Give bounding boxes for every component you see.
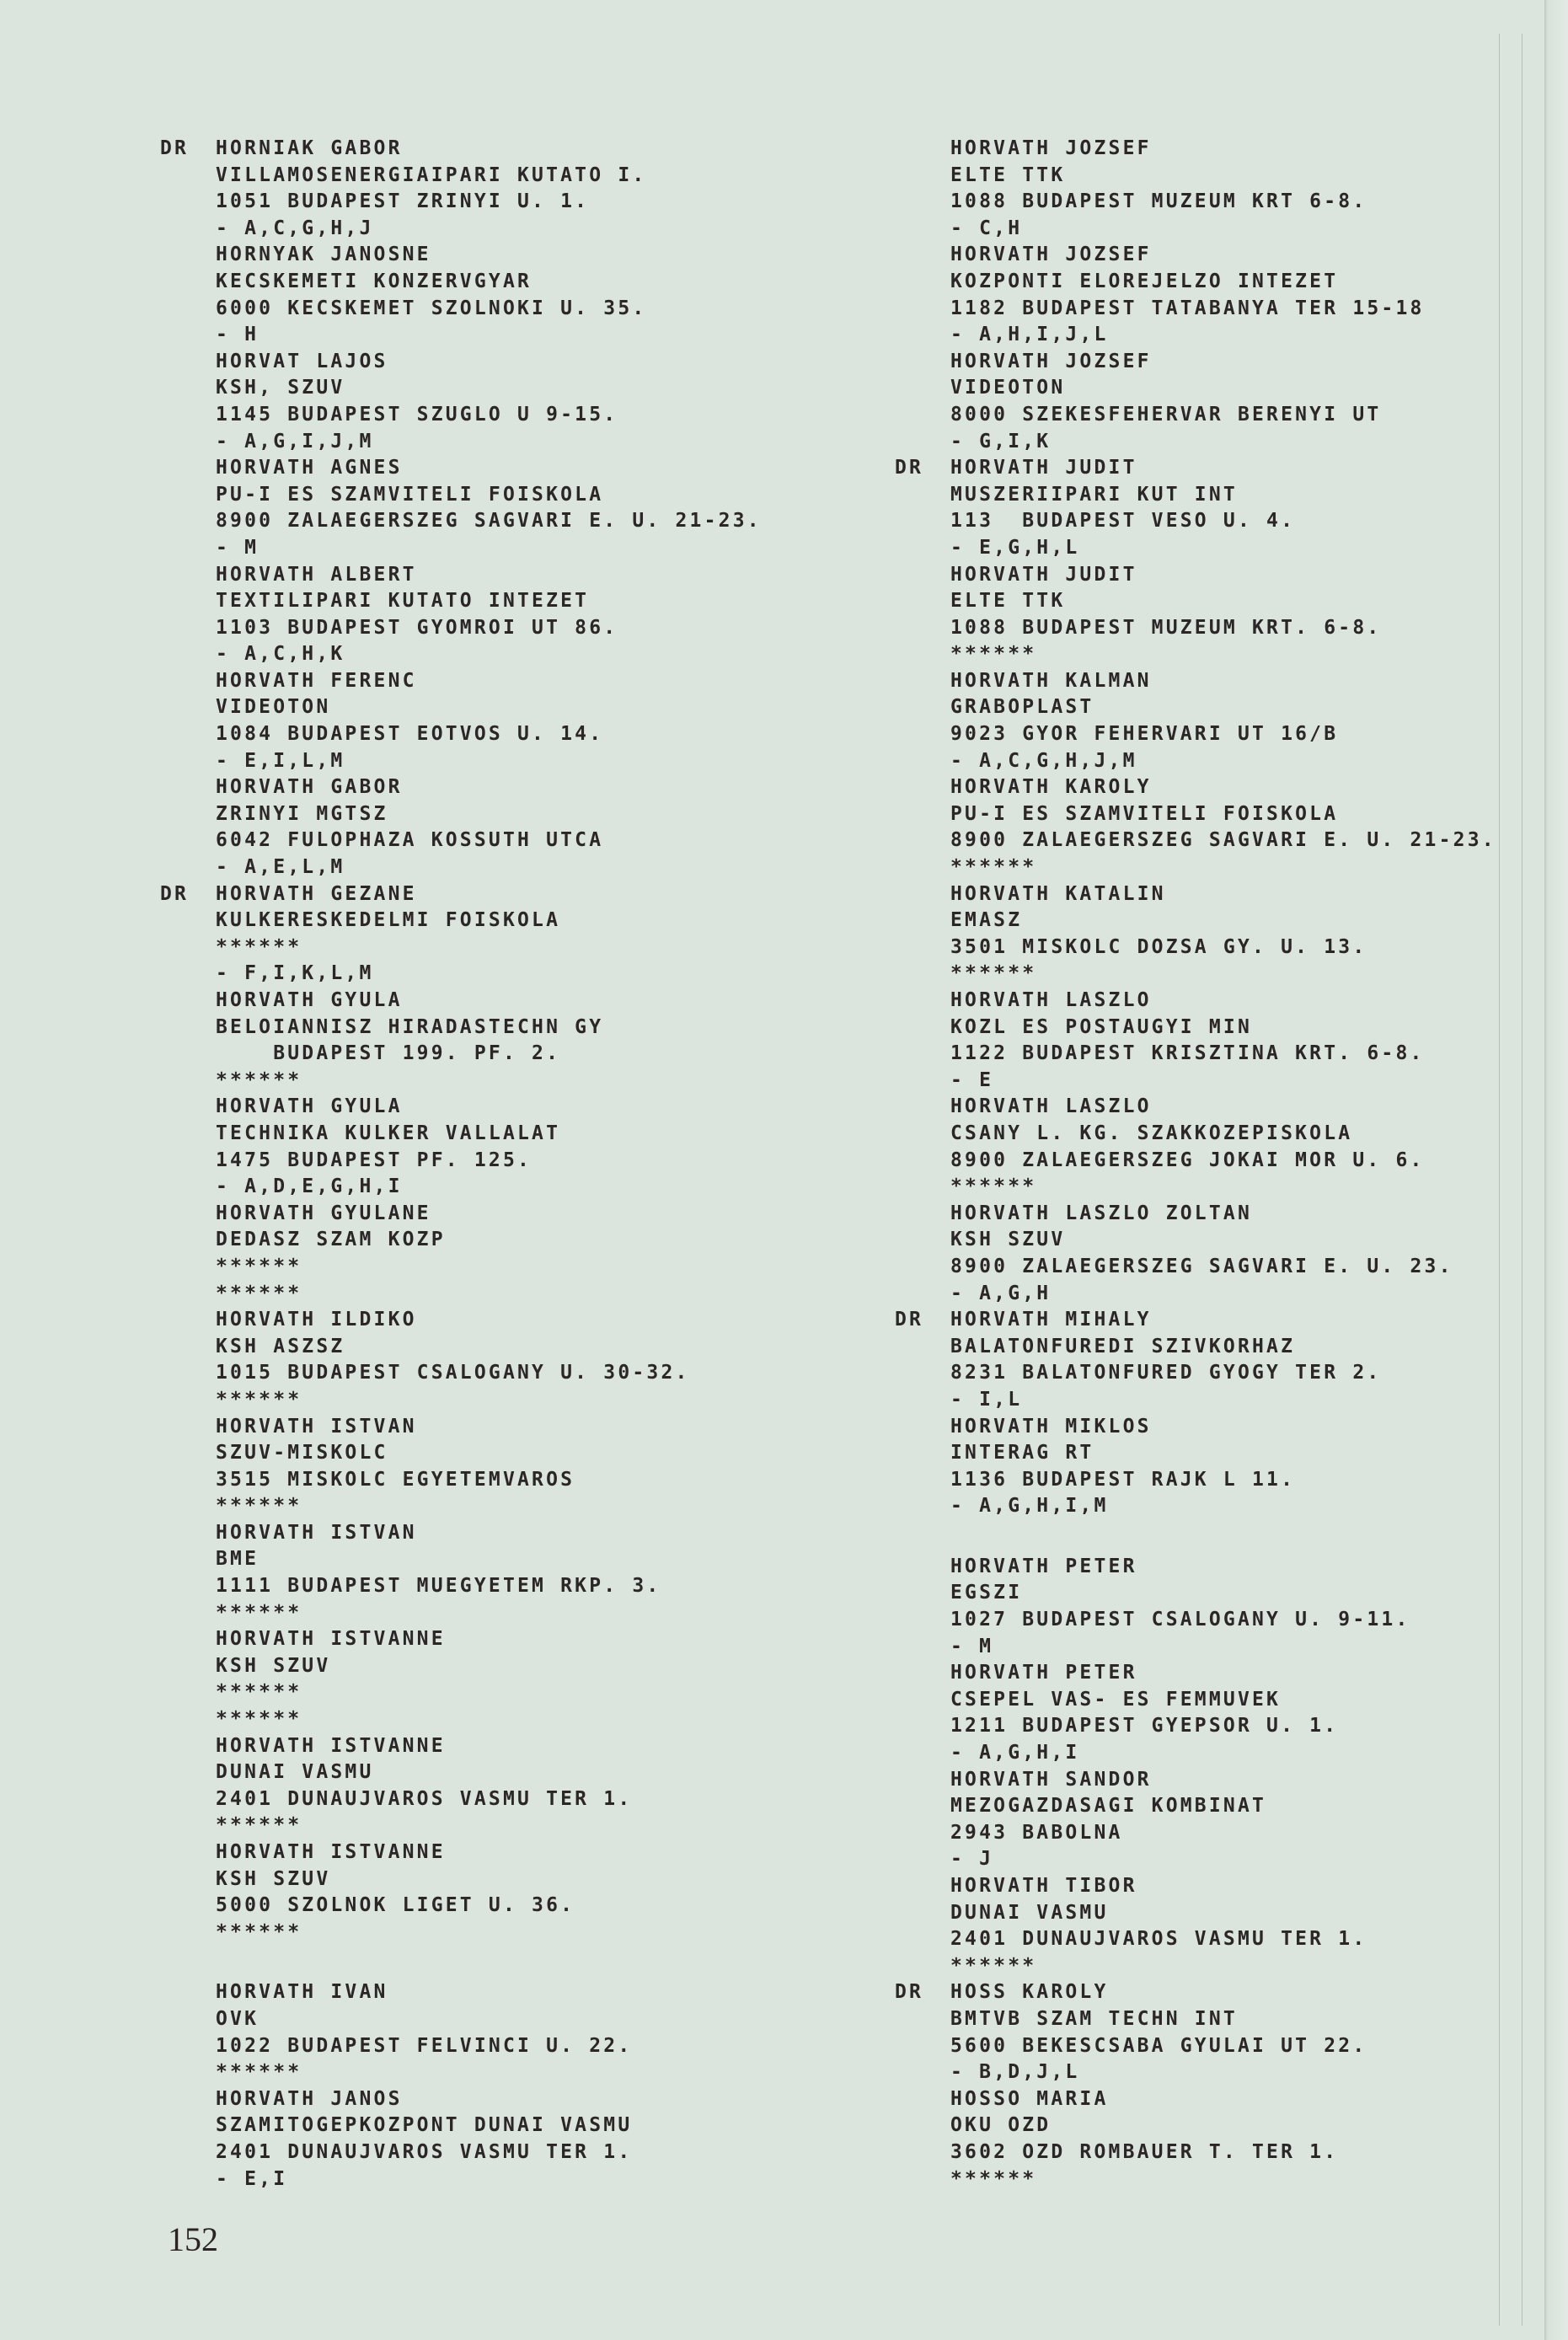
organization: KOZPONTI ELOREJELZO INTEZET — [895, 269, 1496, 296]
separator-stars: ****** — [160, 1068, 762, 1095]
entry-name-line: HORVATH IVAN — [160, 1979, 762, 2006]
directory-entry: HORVATH SANDORMEZOGAZDASAGI KOMBINAT2943… — [895, 1767, 1496, 1873]
spacer — [895, 1520, 1496, 1554]
organization: KSH SZUV — [895, 1227, 1496, 1254]
directory-entry: HORVATH JOZSEFKOZPONTI ELOREJELZO INTEZE… — [895, 242, 1496, 348]
organization: VIDEOTON — [160, 694, 762, 721]
directory-entry: HORVATH ILDIKOKSH ASZSZ1015 BUDAPEST CSA… — [160, 1307, 762, 1413]
entry-name-line: HORVATH SANDOR — [895, 1767, 1496, 1794]
person-name: HOSS KAROLY — [950, 1981, 1109, 2003]
organization: VIDEOTON — [895, 375, 1496, 402]
organization: MEZOGAZDASAGI KOMBINAT — [895, 1793, 1496, 1820]
organization: BALATONFUREDI SZIVKORHAZ — [895, 1334, 1496, 1361]
entry-name-line: HORVATH GYULA — [160, 1094, 762, 1121]
category-codes: - M — [895, 1634, 1496, 1661]
category-codes: - A,G,H — [895, 1281, 1496, 1308]
directory-entry: HORVATH KALMANGRABOPLAST9023 GYOR FEHERV… — [895, 668, 1496, 774]
organization: BMTVB SZAM TECHN INT — [895, 2006, 1496, 2033]
separator-stars: ****** — [895, 2166, 1496, 2193]
address: 1136 BUDAPEST RAJK L 11. — [895, 1467, 1496, 1494]
category-codes: - E,G,H,L — [895, 535, 1496, 562]
address: 1051 BUDAPEST ZRINYI U. 1. — [160, 189, 762, 216]
address: 113 BUDAPEST VESO U. 4. — [895, 508, 1496, 535]
entry-name-line: HORVATH GABOR — [160, 774, 762, 801]
entry-name-line: HORVATH KAROLY — [895, 774, 1496, 801]
person-name: HORVATH LASZLO ZOLTAN — [950, 1202, 1252, 1224]
directory-entry: HORVATH LASZLO ZOLTANKSH SZUV8900 ZALAEG… — [895, 1201, 1496, 1307]
category-codes: - G,I,K — [895, 429, 1496, 456]
directory-entry: HORVATH TIBORDUNAI VASMU2401 DUNAUJVAROS… — [895, 1873, 1496, 1979]
organization: DEDASZ SZAM KOZP — [160, 1227, 762, 1254]
address: 1475 BUDAPEST PF. 125. — [160, 1148, 762, 1175]
entry-name-line: HORVATH GYULANE — [160, 1201, 762, 1228]
organization: KULKERESKEDELMI FOISKOLA — [160, 908, 762, 934]
organization: SZAMITOGEPKOZPONT DUNAI VASMU — [160, 2112, 762, 2139]
person-name: HORVATH JOZSEF — [950, 351, 1152, 372]
entry-name-line: HORVATH LASZLO — [895, 988, 1496, 1015]
separator-stars: ****** — [160, 1920, 762, 1946]
entry-name-line: HORVATH KALMAN — [895, 668, 1496, 695]
entry-name-line: DRHORVATH JUDIT — [895, 455, 1496, 482]
address: 2943 BABOLNA — [895, 1820, 1496, 1847]
person-name: HORVATH LASZLO — [950, 989, 1152, 1011]
person-name: HORVATH ALBERT — [216, 564, 417, 586]
category-codes: - E,I — [160, 2166, 762, 2193]
organization: CSANY L. KG. SZAKKOZEPISKOLA — [895, 1121, 1496, 1148]
category-codes: - B,D,J,L — [895, 2059, 1496, 2086]
address: 8000 SZEKESFEHERVAR BERENYI UT — [895, 402, 1496, 429]
category-codes: - A,G,H,I — [895, 1740, 1496, 1767]
category-codes: - J — [895, 1846, 1496, 1873]
address: 8231 BALATONFURED GYOGY TER 2. — [895, 1360, 1496, 1387]
separator-stars: ****** — [895, 641, 1496, 668]
directory-entry: HOSSO MARIAOKU OZD3602 OZD ROMBAUER T. T… — [895, 2086, 1496, 2193]
organization: BELOIANNISZ HIRADASTECHN GY — [160, 1015, 762, 1041]
address: 1211 BUDAPEST GYEPSOR U. 1. — [895, 1713, 1496, 1740]
organization: EMASZ — [895, 908, 1496, 934]
organization: TEXTILIPARI KUTATO INTEZET — [160, 588, 762, 615]
organization: GRABOPLAST — [895, 694, 1496, 721]
directory-entry: HORVATH KATALINEMASZ3501 MISKOLC DOZSA G… — [895, 881, 1496, 988]
address: 6000 KECSKEMET SZOLNOKI U. 35. — [160, 296, 762, 323]
spacer — [160, 1946, 762, 1979]
left-column: DRHORNIAK GABORVILLAMOSENERGIAIPARI KUTA… — [160, 136, 762, 2193]
address: 1182 BUDAPEST TATABANYA TER 15-18 — [895, 296, 1496, 323]
person-name: HORVATH ISTVAN — [216, 1416, 417, 1438]
person-name: HORVATH TIBOR — [950, 1875, 1137, 1897]
organization: INTERAG RT — [895, 1440, 1496, 1467]
category-codes: - E — [895, 1068, 1496, 1095]
person-name: HORVATH ISTVAN — [216, 1522, 417, 1544]
category-codes: - A,C,H,K — [160, 641, 762, 668]
person-name: HORVATH JANOS — [216, 2088, 403, 2110]
category-codes: - E,I,L,M — [160, 748, 762, 775]
entry-name-line: HORVATH ISTVANNE — [160, 1626, 762, 1653]
title-prefix: DR — [160, 136, 216, 163]
entry-name-line: HORVAT LAJOS — [160, 349, 762, 376]
address: 1088 BUDAPEST MUZEUM KRT 6-8. — [895, 189, 1496, 216]
entry-name-line: HORVATH LASZLO — [895, 1094, 1496, 1121]
organization: OVK — [160, 2006, 762, 2033]
address: 8900 ZALAEGERSZEG JOKAI MOR U. 6. — [895, 1148, 1496, 1175]
separator-stars: ****** — [895, 961, 1496, 988]
directory-entry: HORVATH GYULABELOIANNISZ HIRADASTECHN GY… — [160, 988, 762, 1094]
organization: ELTE TTK — [895, 163, 1496, 190]
person-name: HORVATH KAROLY — [950, 776, 1152, 798]
page-number: 152 — [168, 2220, 218, 2259]
address: 1022 BUDAPEST FELVINCI U. 22. — [160, 2033, 762, 2060]
entry-name-line: HORVATH LASZLO ZOLTAN — [895, 1201, 1496, 1228]
entry-name-line: HORVATH JOZSEF — [895, 349, 1496, 376]
directory-entry: HORVATH ISTVANNEKSH SZUV5000 SZOLNOK LIG… — [160, 1839, 762, 1979]
directory-entry: HORVATH GABORZRINYI MGTSZ6042 FULOPHAZA … — [160, 774, 762, 881]
organization: ELTE TTK — [895, 588, 1496, 615]
person-name: HORVATH ISTVANNE — [216, 1735, 446, 1757]
address: 5600 BEKESCSABA GYULAI UT 22. — [895, 2033, 1496, 2060]
separator-stars: ****** — [160, 2059, 762, 2086]
separator-stars: ****** — [160, 934, 762, 961]
entry-name-line: HORVATH ISTVANNE — [160, 1839, 762, 1866]
directory-entry: DRHORNIAK GABORVILLAMOSENERGIAIPARI KUTA… — [160, 136, 762, 242]
category-codes: - C,H — [895, 216, 1496, 243]
address: 5000 SZOLNOK LIGET U. 36. — [160, 1893, 762, 1920]
address: 2401 DUNAUJVAROS VASMU TER 1. — [160, 1786, 762, 1813]
organization: KECSKEMETI KONZERVGYAR — [160, 269, 762, 296]
separator-stars: ****** — [160, 1813, 762, 1839]
entry-name-line: HORVATH KATALIN — [895, 881, 1496, 908]
address: 2401 DUNAUJVAROS VASMU TER 1. — [895, 1926, 1496, 1953]
entry-name-line: HORVATH JOZSEF — [895, 242, 1496, 269]
show-through-line — [1499, 34, 1500, 2326]
address: 6042 FULOPHAZA KOSSUTH UTCA — [160, 827, 762, 854]
directory-entry: DRHORVATH JUDITMUSZERIIPARI KUT INT113 B… — [895, 455, 1496, 561]
directory-entry: HORVAT LAJOSKSH, SZUV1145 BUDAPEST SZUGL… — [160, 349, 762, 455]
organization: DUNAI VASMU — [895, 1900, 1496, 1927]
address: 1122 BUDAPEST KRISZTINA KRT. 6-8. — [895, 1041, 1496, 1068]
person-name: HORVATH IVAN — [216, 1981, 388, 2003]
entry-name-line: HORVATH JANOS — [160, 2086, 762, 2113]
entry-name-line: HORVATH TIBOR — [895, 1873, 1496, 1900]
person-name: HORVATH MIHALY — [950, 1309, 1152, 1331]
category-codes: - A,C,G,H,J,M — [895, 748, 1496, 775]
person-name: HORVATH KATALIN — [950, 883, 1166, 905]
person-name: HORVAT LAJOS — [216, 351, 388, 372]
address: 8900 ZALAEGERSZEG SAGVARI E. U. 23. — [895, 1254, 1496, 1281]
directory-entry: HORVATH JUDITELTE TTK1088 BUDAPEST MUZEU… — [895, 562, 1496, 668]
directory-entry: HORVATH KAROLYPU-I ES SZAMVITELI FOISKOL… — [895, 774, 1496, 881]
page-edge — [1544, 0, 1568, 2340]
person-name: HORNYAK JANOSNE — [216, 244, 431, 265]
category-codes: - A,C,G,H,J — [160, 216, 762, 243]
entry-name-line: DRHOSS KAROLY — [895, 1979, 1496, 2006]
person-name: HORNIAK GABOR — [216, 137, 403, 159]
entry-name-line: HORVATH AGNES — [160, 455, 762, 482]
separator-stars: ****** — [895, 1174, 1496, 1201]
person-name: HORVATH JOZSEF — [950, 137, 1152, 159]
address: 1015 BUDAPEST CSALOGANY U. 30-32. — [160, 1360, 762, 1387]
directory-entry: HORVATH GYULATECHNIKA KULKER VALLALAT147… — [160, 1094, 762, 1200]
category-codes: - H — [160, 322, 762, 349]
organization: KSH SZUV — [160, 1866, 762, 1893]
directory-entry: HORVATH ISTVANBME1111 BUDAPEST MUEGYETEM… — [160, 1520, 762, 1626]
person-name: HORVATH JOZSEF — [950, 244, 1152, 265]
directory-entry: HORVATH ISTVANNEDUNAI VASMU2401 DUNAUJVA… — [160, 1733, 762, 1839]
person-name: HOSSO MARIA — [950, 2088, 1109, 2110]
entry-name-line: HORNYAK JANOSNE — [160, 242, 762, 269]
person-name: HORVATH ILDIKO — [216, 1309, 417, 1331]
directory-entry: HORVATH LASZLOCSANY L. KG. SZAKKOZEPISKO… — [895, 1094, 1496, 1200]
title-prefix: DR — [895, 455, 950, 482]
person-name: HORVATH GEZANE — [216, 883, 417, 905]
entry-name-line: HORVATH ALBERT — [160, 562, 762, 589]
entry-name-line: HORVATH ISTVAN — [160, 1414, 762, 1441]
category-codes: - A,G,I,J,M — [160, 429, 762, 456]
address: BUDAPEST 199. PF. 2. — [160, 1041, 762, 1068]
person-name: HORVATH AGNES — [216, 457, 403, 479]
organization: EGSZI — [895, 1580, 1496, 1607]
directory-entry: HORVATH ALBERTTEXTILIPARI KUTATO INTEZET… — [160, 562, 762, 668]
entry-name-line: HORVATH ISTVAN — [160, 1520, 762, 1547]
category-codes: - F,I,K,L,M — [160, 961, 762, 988]
separator-stars: ****** — [160, 1706, 762, 1733]
organization: PU-I ES SZAMVITELI FOISKOLA — [895, 801, 1496, 828]
directory-entry: HORVATH GYULANEDEDASZ SZAM KOZP*********… — [160, 1201, 762, 1307]
organization: OKU OZD — [895, 2112, 1496, 2139]
directory-entry: HORVATH FERENCVIDEOTON1084 BUDAPEST EOTV… — [160, 668, 762, 774]
directory-entry: HORVATH JOZSEFELTE TTK1088 BUDAPEST MUZE… — [895, 136, 1496, 242]
entry-name-line: HORVATH PETER — [895, 1554, 1496, 1581]
entry-name-line: HORVATH MIKLOS — [895, 1414, 1496, 1441]
person-name: HORVATH JUDIT — [950, 457, 1137, 479]
separator-stars: ****** — [160, 1254, 762, 1281]
organization: VILLAMOSENERGIAIPARI KUTATO I. — [160, 163, 762, 190]
entry-name-line: HORVATH FERENC — [160, 668, 762, 695]
separator-stars: ****** — [160, 1493, 762, 1520]
organization: BME — [160, 1546, 762, 1573]
address: 2401 DUNAUJVAROS VASMU TER 1. — [160, 2139, 762, 2166]
directory-entry: HORNYAK JANOSNEKECSKEMETI KONZERVGYAR600… — [160, 242, 762, 348]
category-codes: - A,E,L,M — [160, 854, 762, 881]
category-codes: - A,D,E,G,H,I — [160, 1174, 762, 1201]
person-name: HORVATH GYULANE — [216, 1202, 431, 1224]
organization: ZRINYI MGTSZ — [160, 801, 762, 828]
entry-name-line: HORVATH GYULA — [160, 988, 762, 1015]
category-codes: - A,G,H,I,M — [895, 1493, 1496, 1520]
separator-stars: ****** — [160, 1679, 762, 1706]
entry-name-line: HORVATH ISTVANNE — [160, 1733, 762, 1760]
entry-name-line: HOSSO MARIA — [895, 2086, 1496, 2113]
directory-entry: HORVATH PETERCSEPEL VAS- ES FEMMUVEK1211… — [895, 1660, 1496, 1766]
entry-name-line: DRHORVATH GEZANE — [160, 881, 762, 908]
person-name: HORVATH ISTVANNE — [216, 1628, 446, 1650]
directory-entry: DRHORVATH MIHALYBALATONFUREDI SZIVKORHAZ… — [895, 1307, 1496, 1413]
organization: PU-I ES SZAMVITELI FOISKOLA — [160, 482, 762, 509]
person-name: HORVATH MIKLOS — [950, 1416, 1152, 1438]
organization: SZUV-MISKOLC — [160, 1440, 762, 1467]
address: 1145 BUDAPEST SZUGLO U 9-15. — [160, 402, 762, 429]
address: 3501 MISKOLC DOZSA GY. U. 13. — [895, 934, 1496, 961]
person-name: HORVATH GYULA — [216, 989, 403, 1011]
directory-entry: HORVATH ISTVANNEKSH SZUV************ — [160, 1626, 762, 1732]
directory-entry: HORVATH JOZSEFVIDEOTON8000 SZEKESFEHERVA… — [895, 349, 1496, 455]
person-name: HORVATH SANDOR — [950, 1769, 1152, 1791]
organization: TECHNIKA KULKER VALLALAT — [160, 1121, 762, 1148]
address: 9023 GYOR FEHERVARI UT 16/B — [895, 721, 1496, 748]
category-codes: - I,L — [895, 1387, 1496, 1414]
address: 1084 BUDAPEST EOTVOS U. 14. — [160, 721, 762, 748]
category-codes: - M — [160, 535, 762, 562]
address: 1027 BUDAPEST CSALOGANY U. 9-11. — [895, 1607, 1496, 1634]
person-name: HORVATH PETER — [950, 1556, 1137, 1577]
person-name: HORVATH JUDIT — [950, 564, 1137, 586]
separator-stars: ****** — [895, 854, 1496, 881]
separator-stars: ****** — [160, 1281, 762, 1308]
person-name: HORVATH PETER — [950, 1662, 1137, 1684]
organization: MUSZERIIPARI KUT INT — [895, 482, 1496, 509]
entry-name-line: HORVATH ILDIKO — [160, 1307, 762, 1334]
directory-entry: HORVATH IVANOVK1022 BUDAPEST FELVINCI U.… — [160, 1979, 762, 2086]
address: 8900 ZALAEGERSZEG SAGVARI E. U. 21-23. — [160, 508, 762, 535]
separator-stars: ****** — [160, 1387, 762, 1414]
title-prefix: DR — [895, 1307, 950, 1334]
person-name: HORVATH KALMAN — [950, 670, 1152, 692]
title-prefix: DR — [160, 881, 216, 908]
show-through-line — [1522, 34, 1523, 2326]
person-name: HORVATH GYULA — [216, 1095, 403, 1117]
address: 3515 MISKOLC EGYETEMVAROS — [160, 1467, 762, 1494]
person-name: HORVATH GABOR — [216, 776, 403, 798]
person-name: HORVATH LASZLO — [950, 1095, 1152, 1117]
organization: KOZL ES POSTAUGYI MIN — [895, 1015, 1496, 1041]
entry-name-line: HORVATH PETER — [895, 1660, 1496, 1687]
organization: DUNAI VASMU — [160, 1759, 762, 1786]
organization: KSH, SZUV — [160, 375, 762, 402]
directory-entry: DRHOSS KAROLYBMTVB SZAM TECHN INT5600 BE… — [895, 1979, 1496, 2086]
directory-entry: HORVATH PETEREGSZI1027 BUDAPEST CSALOGAN… — [895, 1554, 1496, 1660]
separator-stars: ****** — [895, 1953, 1496, 1980]
title-prefix: DR — [895, 1979, 950, 2006]
address: 1088 BUDAPEST MUZEUM KRT. 6-8. — [895, 615, 1496, 642]
entry-name-line: HORVATH JOZSEF — [895, 136, 1496, 163]
directory-entry: HORVATH ISTVANSZUV-MISKOLC3515 MISKOLC E… — [160, 1414, 762, 1520]
organization: KSH ASZSZ — [160, 1334, 762, 1361]
directory-entry: HORVATH LASZLOKOZL ES POSTAUGYI MIN1122 … — [895, 988, 1496, 1094]
address: 3602 OZD ROMBAUER T. TER 1. — [895, 2139, 1496, 2166]
separator-stars: ****** — [160, 1600, 762, 1627]
organization: CSEPEL VAS- ES FEMMUVEK — [895, 1687, 1496, 1714]
address: 1103 BUDAPEST GYOMROI UT 86. — [160, 615, 762, 642]
organization: KSH SZUV — [160, 1653, 762, 1680]
person-name: HORVATH ISTVANNE — [216, 1841, 446, 1863]
directory-entry: DRHORVATH GEZANEKULKERESKEDELMI FOISKOLA… — [160, 881, 762, 988]
directory-entry: HORVATH AGNESPU-I ES SZAMVITELI FOISKOLA… — [160, 455, 762, 561]
address: 8900 ZALAEGERSZEG SAGVARI E. U. 21-23. — [895, 827, 1496, 854]
person-name: HORVATH FERENC — [216, 670, 417, 692]
right-column: HORVATH JOZSEFELTE TTK1088 BUDAPEST MUZE… — [895, 136, 1496, 2193]
entry-name-line: HORVATH JUDIT — [895, 562, 1496, 589]
address: 1111 BUDAPEST MUEGYETEM RKP. 3. — [160, 1573, 762, 1600]
entry-name-line: DRHORVATH MIHALY — [895, 1307, 1496, 1334]
directory-entry: HORVATH MIKLOSINTERAG RT1136 BUDAPEST RA… — [895, 1414, 1496, 1554]
entry-name-line: DRHORNIAK GABOR — [160, 136, 762, 163]
category-codes: - A,H,I,J,L — [895, 322, 1496, 349]
directory-entry: HORVATH JANOSSZAMITOGEPKOZPONT DUNAI VAS… — [160, 2086, 762, 2193]
